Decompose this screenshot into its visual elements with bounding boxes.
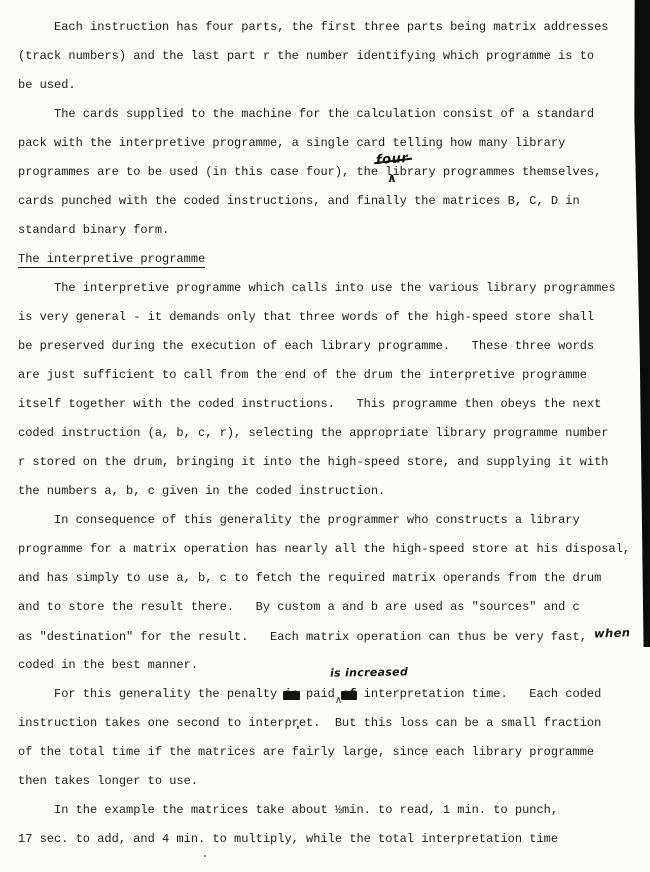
handwritten-insertion-four: four bbox=[376, 151, 409, 168]
typed-text: as "destination" for the result. Each ma… bbox=[18, 630, 594, 644]
text-line: In consequence of this generality the pr… bbox=[18, 506, 648, 535]
typed-text: then takes longer to use. bbox=[18, 774, 198, 788]
text-line: pack with the interpretive programme, a … bbox=[18, 129, 648, 158]
text-line: standard binary form. bbox=[18, 216, 648, 245]
insertion-caret-icon: ∧ bbox=[387, 171, 397, 185]
typed-text: instruction takes one second to interpre… bbox=[18, 716, 601, 730]
typed-text: programme for a matrix operation has nea… bbox=[18, 542, 630, 556]
typed-text: r stored on the drum, bringing it into t… bbox=[18, 455, 609, 469]
typed-text: coded in the best manner. bbox=[18, 658, 198, 672]
typed-text: itself together with the coded instructi… bbox=[18, 397, 601, 411]
typed-text: are just sufficient to call from the end… bbox=[18, 368, 587, 382]
text-line: are just sufficient to call from the end… bbox=[18, 361, 648, 390]
text-line: In the example the matrices take about ½… bbox=[18, 796, 648, 825]
typed-text: Each instruction has four parts, the fir… bbox=[18, 20, 609, 34]
text-line: be preserved during the execution of eac… bbox=[18, 332, 648, 361]
text-line: and to store the result there. By custom… bbox=[18, 593, 648, 622]
section-heading: The interpretive programme bbox=[18, 245, 648, 274]
text-line: programme for a matrix operation has nea… bbox=[18, 535, 648, 564]
typed-text: of the total time if the matrices are fa… bbox=[18, 745, 594, 759]
text-line: Each instruction has four parts, the fir… bbox=[18, 13, 648, 42]
ink-speck bbox=[204, 855, 206, 857]
text-line: and has simply to use a, b, c to fetch t… bbox=[18, 564, 648, 593]
typed-text: and has simply to use a, b, c to fetch t… bbox=[18, 571, 601, 585]
typed-text: pack with the interpretive programme, a … bbox=[18, 136, 565, 150]
typed-text: In the example the matrices take about ½… bbox=[18, 803, 558, 817]
text-line: instruction takes one second to interpre… bbox=[18, 709, 648, 738]
scanned-document-page: Each instruction has four parts, the fir… bbox=[0, 0, 650, 872]
typed-text: For this generality the penalty bbox=[18, 687, 284, 701]
text-line: The cards supplied to the machine for th… bbox=[18, 100, 648, 129]
document-lines: Each instruction has four parts, the fir… bbox=[18, 13, 648, 854]
typed-text: In consequence of this generality the pr… bbox=[18, 513, 580, 527]
struck-word: of bbox=[342, 687, 356, 701]
text-line: 17 sec. to add, and 4 min. to multiply, … bbox=[18, 825, 648, 854]
text-line: r stored on the drum, bringing it into t… bbox=[18, 448, 648, 477]
typed-text: coded instruction (a, b, c, r), selectin… bbox=[18, 426, 609, 440]
text-line: of the total time if the matrices are fa… bbox=[18, 738, 648, 767]
text-line: then takes longer to use. bbox=[18, 767, 648, 796]
typed-text: (track numbers) and the last part r the … bbox=[18, 49, 594, 63]
typed-text: interpretation time. Each coded bbox=[356, 687, 601, 701]
text-line: cards punched with the coded instruction… bbox=[18, 187, 648, 216]
typed-text: and to store the result there. By custom… bbox=[18, 600, 580, 614]
typed-text: 17 sec. to add, and 4 min. to multiply, … bbox=[18, 832, 558, 846]
text-line: coded instruction (a, b, c, r), selectin… bbox=[18, 419, 648, 448]
typed-text: paid bbox=[299, 687, 335, 701]
typed-text: The interpretive programme which calls i… bbox=[18, 281, 616, 295]
typed-text: programmes are to be used (in this case … bbox=[18, 165, 601, 179]
text-line: programmes are to be used (in this case … bbox=[18, 158, 648, 187]
text-line: itself together with the coded instructi… bbox=[18, 390, 648, 419]
typed-text: be used. bbox=[18, 78, 76, 92]
text-line: is very general - it demands only that t… bbox=[18, 303, 648, 332]
typed-text: The interpretive programme bbox=[18, 252, 205, 268]
handwritten-insertion-is-increased: is increased bbox=[330, 665, 408, 679]
ink-speck bbox=[297, 726, 299, 729]
typed-text: be preserved during the execution of eac… bbox=[18, 339, 594, 353]
typed-text: the numbers a, b, c given in the coded i… bbox=[18, 484, 385, 498]
text-line: the numbers a, b, c given in the coded i… bbox=[18, 477, 648, 506]
text-line: be used. bbox=[18, 71, 648, 100]
text-line: For this generality the penalty is paid∧… bbox=[18, 680, 648, 709]
text-line: The interpretive programme which calls i… bbox=[18, 274, 648, 303]
handwritten-word: when bbox=[594, 618, 631, 648]
typed-text: standard binary form. bbox=[18, 223, 169, 237]
typed-text: The cards supplied to the machine for th… bbox=[18, 107, 594, 121]
text-line: (track numbers) and the last part r the … bbox=[18, 42, 648, 71]
struck-word: is bbox=[284, 687, 298, 701]
typed-text: is very general - it demands only that t… bbox=[18, 310, 594, 324]
typed-text: cards punched with the coded instruction… bbox=[18, 194, 580, 208]
text-line: as "destination" for the result. Each ma… bbox=[18, 622, 648, 651]
